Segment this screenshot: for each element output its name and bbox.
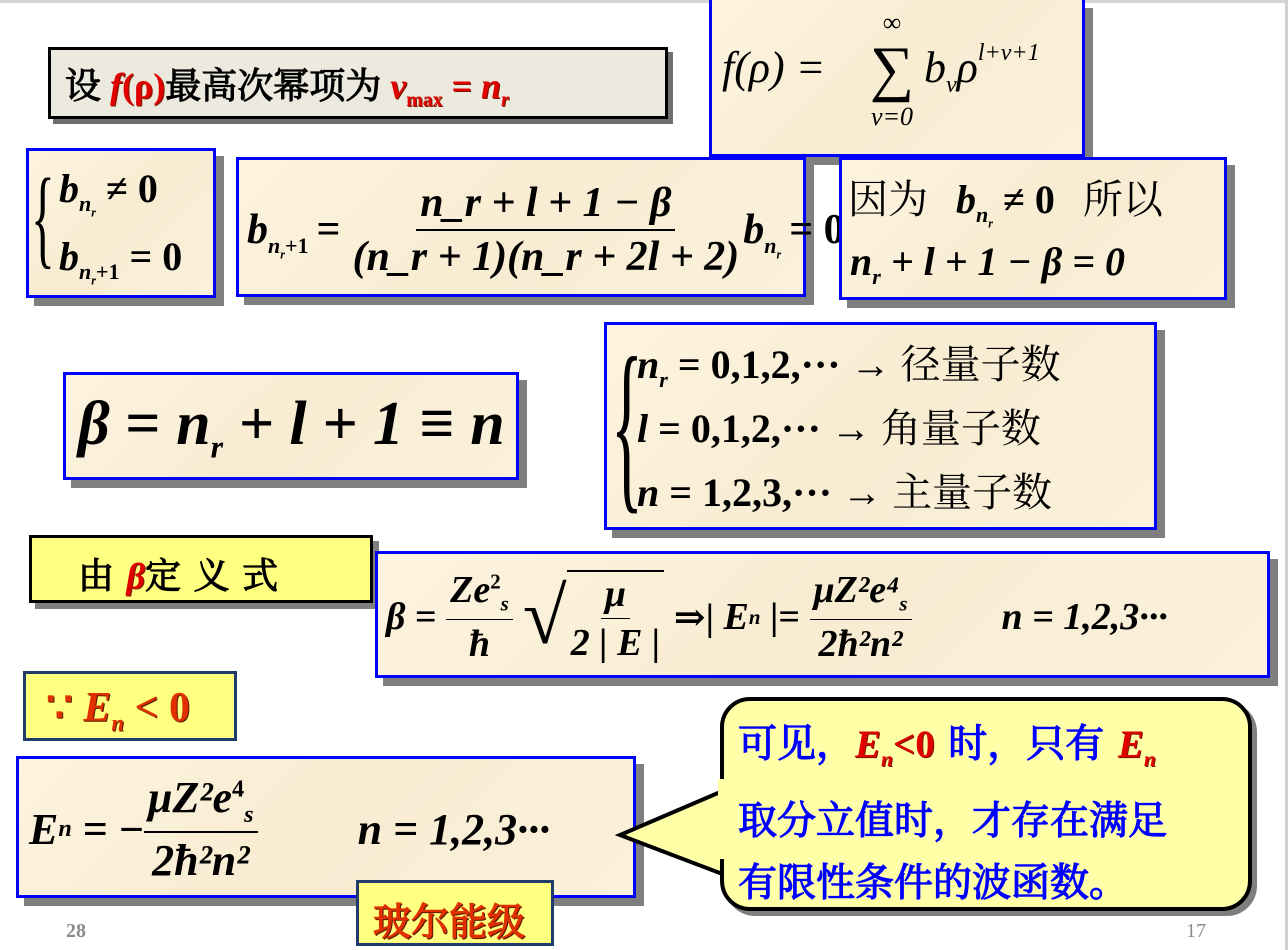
frac2-sub: s — [899, 592, 907, 616]
title-arg: (ρ) — [122, 66, 165, 106]
title-prefix: 设 — [65, 66, 101, 107]
series-term-sub: ν — [946, 71, 957, 98]
because-word: 因为 — [848, 177, 928, 223]
beta-box: β = nr + l + 1 ≡ n — [63, 372, 519, 480]
beta-rhs: n — [470, 390, 504, 458]
deriv-En-sub: n — [749, 605, 761, 630]
page-number-right: 17 — [1186, 920, 1206, 943]
neg-E: E — [83, 685, 111, 731]
rec-fraction: n_r + l + 1 − β (n_r + 1)(n_r + 2l + 2) — [348, 179, 743, 281]
rec-rhs-eq: = 0 — [789, 206, 844, 254]
quantum-list: nr = 0,1,2,··· → 径量子数 l = 0,1,2,··· → 角量… — [637, 333, 1061, 525]
qn-sub: r — [659, 367, 668, 392]
deriv-En: E — [724, 595, 749, 639]
quantum-row-angular: l = 0,1,2,··· → 角量子数 — [637, 397, 1061, 461]
qn-var: n — [637, 342, 659, 387]
quantum-row-radial: nr = 0,1,2,··· → 径量子数 — [637, 333, 1061, 397]
qn-values: = 1,2,3,··· → — [659, 470, 892, 515]
title-equals: = — [452, 66, 473, 106]
because-symbol: ∵ — [46, 685, 73, 731]
because-rel: ≠ 0 — [1003, 177, 1055, 222]
series-lhs: f(ρ) = — [722, 43, 825, 92]
bohr-num: μZ²e — [148, 773, 232, 822]
frac1-sub: s — [501, 592, 509, 616]
frac2-den: 2ħ²n² — [814, 620, 906, 666]
because-b: b — [956, 177, 976, 222]
cond1-sub: n — [79, 191, 91, 216]
deriv-implies: ⇒| — [664, 594, 723, 640]
callout-E1: E — [855, 723, 881, 766]
bohr-range: n = 1,2,3··· — [358, 804, 551, 855]
cond2-rel: = 0 — [130, 234, 183, 279]
cond2-sub: n — [79, 259, 91, 284]
rec-lhs-sub: n — [268, 233, 280, 258]
frac1-den: ħ — [465, 620, 494, 666]
callout-E1-sub: n — [881, 747, 893, 771]
qn-values: = 0,1,2,··· → — [648, 406, 881, 451]
bohr-num-sup: 4 — [232, 775, 244, 802]
rec-rhs-subsub: r — [777, 247, 782, 261]
rec-denominator: (n_r + 1)(n_r + 2l + 2) — [348, 231, 743, 281]
cond2-sub-tail: +1 — [96, 259, 120, 284]
sum-operator: ∞ ∑ ν=0 — [862, 10, 922, 132]
because-line2-n: n — [850, 239, 872, 284]
title-box: 设 f(ρ)最高次幂项为 νmax = nr — [48, 47, 668, 119]
title-func: f — [110, 66, 122, 106]
qn-name: 角量子数 — [881, 406, 1041, 452]
cond2-b: b — [59, 234, 79, 279]
series-exponent: l+ν+1 — [978, 40, 1040, 66]
callout-E2: E — [1118, 723, 1144, 766]
frac2-num: μZ²e⁴ — [814, 569, 900, 611]
sqrt-den: 2 | E | — [567, 619, 665, 665]
rec-lhs-tail: +1 — [285, 233, 309, 258]
beta-n-sub: r — [211, 428, 223, 464]
title-nr: n — [481, 66, 501, 106]
recursion-box: bnr+1 = n_r + l + 1 − β (n_r + 1)(n_r + … — [236, 157, 806, 297]
bohr-eq: = − — [72, 804, 144, 855]
bohr-den: 2ħ²n² — [148, 833, 253, 886]
deriv-eq: = — [405, 595, 446, 639]
callout-bubble: 可见，En<0 时，只有 En 取分立值时，才存在满足 有限性条件的波函数。 — [720, 697, 1252, 911]
deriv-abs-eq: |= — [761, 595, 810, 639]
rec-numerator: n_r + l + 1 − β — [416, 179, 675, 231]
because-line2-sub: r — [872, 264, 881, 289]
qn-name: 主量子数 — [892, 470, 1052, 516]
neg-E-sub: n — [111, 709, 124, 735]
energy-derivation-box: β = Ze2s ħ √ μ 2 | E | ⇒| En |= μZ²e⁴s 2… — [375, 551, 1270, 678]
callout-pointer-join — [718, 779, 730, 859]
sqrt-icon: √ — [523, 572, 567, 663]
callout-line-3: 有限性条件的波函数。 — [738, 852, 1167, 914]
title-nu-sub: max — [406, 89, 442, 111]
deriv-beta: β — [386, 595, 405, 639]
deriv-frac1: Ze2s ħ — [446, 568, 513, 666]
bohr-fraction: μZ²e4s 2ħ²n² — [144, 772, 258, 886]
def-beta: β — [127, 556, 145, 596]
callout-line-1: 可见，En<0 时，只有 En — [738, 713, 1167, 790]
callout-text-1a: 可见， — [738, 721, 855, 767]
deriv-sqrt-frac: μ 2 | E | — [567, 570, 665, 665]
page-number-left: 28 — [66, 920, 86, 943]
bohr-energy-box: En = − μZ²e4s 2ħ²n² n = 1,2,3··· — [16, 756, 636, 898]
condition-box: { bnr ≠ 0 bnr+1 = 0 — [26, 148, 216, 298]
callout-E2-sub: n — [1144, 747, 1156, 771]
frac1-sup: 2 — [490, 570, 500, 594]
bohr-E: E — [29, 804, 58, 855]
callout-text-1b: 时，只有 — [935, 721, 1118, 767]
beta-rest: + l + 1 ≡ — [223, 390, 470, 458]
negative-energy-label: ∵ En < 0 — [23, 671, 237, 741]
deriv-range: n = 1,2,3··· — [1002, 595, 1168, 639]
because-box: 因为 bnr ≠ 0 所以 nr + l + 1 − β = 0 — [839, 157, 1227, 300]
callout-E1-rel: <0 — [893, 723, 935, 766]
because-b-subsub: r — [988, 216, 993, 230]
qn-var: n — [637, 470, 659, 515]
cond1-rel: ≠ 0 — [106, 166, 158, 211]
rec-lhs-b: b — [247, 206, 268, 254]
qn-var: l — [637, 406, 648, 451]
rec-rhs-b: b — [743, 206, 764, 254]
series-box: f(ρ) = ∞ ∑ ν=0 bνρl+ν+1 — [709, 0, 1085, 157]
beta-symbol: β — [78, 390, 110, 458]
def-prefix: 由 — [78, 556, 127, 597]
def-suffix: 定 义 式 — [145, 556, 278, 597]
beta-n: n — [176, 390, 210, 458]
title-nr-sub: r — [501, 89, 509, 111]
sum-sign: ∑ — [862, 36, 922, 102]
cond1-b: b — [59, 166, 79, 211]
bohr-level-label: 玻尔能级 — [356, 880, 554, 946]
because-b-sub: n — [976, 202, 988, 227]
definition-label: 由 β定 义 式 — [29, 535, 373, 603]
title-middle: 最高次幂项为 — [165, 66, 381, 107]
title-nu: ν — [390, 66, 406, 106]
rec-eq: = — [317, 206, 341, 254]
left-brace-icon: { — [31, 157, 55, 277]
neg-rel: < 0 — [135, 685, 190, 731]
series-rho: ρ — [957, 43, 978, 92]
series-term: b — [924, 43, 946, 92]
bohr-label-text: 玻尔能级 — [373, 891, 525, 946]
therefore-word: 所以 — [1083, 177, 1163, 223]
sum-top: ∞ — [862, 10, 922, 36]
because-line2-rest: + l + 1 − β = 0 — [881, 239, 1125, 284]
sum-bottom: ν=0 — [862, 102, 922, 132]
deriv-frac2: μZ²e⁴s 2ħ²n² — [810, 568, 912, 666]
slide-top-border — [0, 0, 1288, 3]
qn-values: = 0,1,2,··· → — [668, 342, 901, 387]
callout-line-2: 取分立值时，才存在满足 — [738, 790, 1167, 852]
quantum-numbers-box: { nr = 0,1,2,··· → 径量子数 l = 0,1,2,··· → … — [604, 322, 1157, 530]
sqrt-num: μ — [601, 572, 630, 619]
cond1-subsub: r — [91, 205, 96, 219]
bohr-num-sub: s — [244, 801, 253, 828]
rec-rhs-sub: n — [764, 233, 776, 258]
frac1-num: Ze — [450, 569, 490, 611]
quantum-row-principal: n = 1,2,3,··· → 主量子数 — [637, 461, 1061, 525]
bohr-E-sub: n — [58, 815, 71, 843]
beta-eq: = — [110, 390, 176, 458]
qn-name: 径量子数 — [901, 342, 1061, 388]
